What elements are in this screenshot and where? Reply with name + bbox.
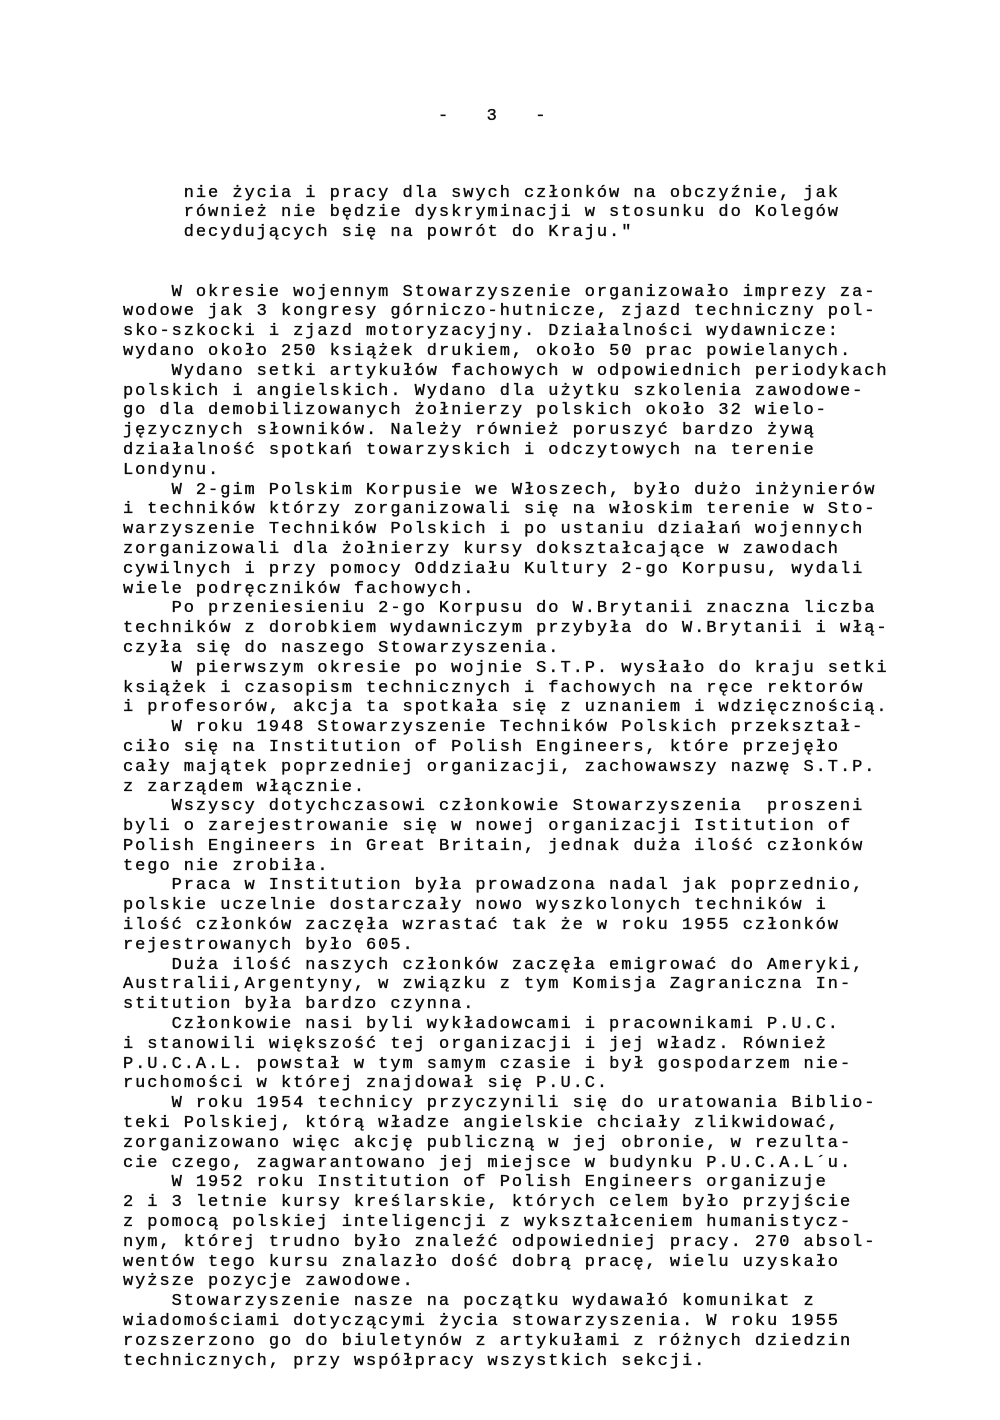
text-line: wydano około 250 książek drukiem, około … xyxy=(123,342,923,362)
text-line: Po przeniesieniu 2-go Korpusu do W.Bryta… xyxy=(123,599,923,619)
text-line: ilość członków zaczęła wzrastać tak że w… xyxy=(123,916,923,936)
quote-line: decydujących się na powrót do Kraju." xyxy=(123,223,923,243)
text-line: języcznych słowników. Należy również por… xyxy=(123,421,923,441)
text-line: cywilnych i przy pomocy Oddziału Kultury… xyxy=(123,560,923,580)
text-line: działalność spotkań towarzyskich i odczy… xyxy=(123,441,923,461)
text-line: W pierwszym okresie po wojnie S.T.P. wys… xyxy=(123,659,923,679)
text-line: 2 i 3 letnie kursy kreślarskie, których … xyxy=(123,1193,923,1213)
paragraphs: W okresie wojennym Stowarzyszenie organi… xyxy=(123,283,923,1372)
text-line: W okresie wojennym Stowarzyszenie organi… xyxy=(123,283,923,303)
text-line: rejestrowanych było 605. xyxy=(123,936,923,956)
text-line: wyższe pozycje zawodowe. xyxy=(123,1272,923,1292)
text-line: Praca w Institution była prowadzona nada… xyxy=(123,876,923,896)
text-line: nym, której trudno było znaleźć odpowied… xyxy=(123,1233,923,1253)
text-line: Duża ilość naszych członków zaczęła emig… xyxy=(123,956,923,976)
paragraph: Duża ilość naszych członków zaczęła emig… xyxy=(123,956,923,1015)
text-line: wodowe jak 3 kongresy górniczo-hutnicze,… xyxy=(123,302,923,322)
text-line: Członkowie nasi byli wykładowcami i prac… xyxy=(123,1015,923,1035)
text-line: technicznych, przy współpracy wszystkich… xyxy=(123,1352,923,1372)
text-line: P.U.C.A.L. powstał w tym samym czasie i … xyxy=(123,1055,923,1075)
text-line: Wszyscy dotychczasowi członkowie Stowarz… xyxy=(123,797,923,817)
text-line: wentów tego kursu znalazło dość dobrą pr… xyxy=(123,1253,923,1273)
text-line: z zarządem włącznie. xyxy=(123,778,923,798)
paragraph: Praca w Institution była prowadzona nada… xyxy=(123,876,923,955)
text-line: Wydano setki artykułów fachowych w odpow… xyxy=(123,362,923,382)
page-number: - 3 - xyxy=(438,107,547,127)
text-line: zorganizowano więc akcję publiczną w jej… xyxy=(123,1134,923,1154)
text-line: W roku 1948 Stowarzyszenie Techników Pol… xyxy=(123,718,923,738)
text-line: czyła się do naszego Stowarzyszenia. xyxy=(123,639,923,659)
text-line: byli o zarejestrowanie się w nowej organ… xyxy=(123,817,923,837)
paragraph: Po przeniesieniu 2-go Korpusu do W.Bryta… xyxy=(123,599,923,658)
paragraph: W 2-gim Polskim Korpusie we Włoszech, by… xyxy=(123,481,923,600)
text-line: W 2-gim Polskim Korpusie we Włoszech, by… xyxy=(123,481,923,501)
paragraph: Członkowie nasi byli wykładowcami i prac… xyxy=(123,1015,923,1094)
text-line: polskie uczelnie dostarczały nowo wyszko… xyxy=(123,896,923,916)
body-text: nie życia i pracy dla swych członków na … xyxy=(123,144,923,1411)
text-line: i techników którzy zorganizowali się na … xyxy=(123,500,923,520)
text-line: ciło się na Institution of Polish Engine… xyxy=(123,738,923,758)
text-line: teki Polskiej, którą władze angielskie c… xyxy=(123,1114,923,1134)
text-line: wiadomościami dotyczącymi życia stowarzy… xyxy=(123,1312,923,1332)
paragraph: W okresie wojennym Stowarzyszenie organi… xyxy=(123,283,923,362)
text-line: techników z dorobkiem wydawniczym przyby… xyxy=(123,619,923,639)
paragraph: Stowarzyszenie nasze na początku wydawał… xyxy=(123,1292,923,1371)
text-line: cie czego, zagwarantowano jej miejsce w … xyxy=(123,1154,923,1174)
paragraph: W pierwszym okresie po wojnie S.T.P. wys… xyxy=(123,659,923,718)
text-line: i stanowili większość tej organizacji i … xyxy=(123,1035,923,1055)
text-line: i profesorów, akcja ta spotkała się z uz… xyxy=(123,698,923,718)
paragraph: W roku 1948 Stowarzyszenie Techników Pol… xyxy=(123,718,923,797)
quote-line: nie życia i pracy dla swych członków na … xyxy=(123,184,923,204)
text-line: Londynu. xyxy=(123,461,923,481)
quote-continuation: nie życia i pracy dla swych członków na … xyxy=(123,184,923,243)
text-line: wiele podręczników fachowych. xyxy=(123,580,923,600)
text-line: stitution była bardzo czynna. xyxy=(123,995,923,1015)
text-line: z pomocą polskiej inteligencji z wykszta… xyxy=(123,1213,923,1233)
text-line: książek i czasopism technicznych i facho… xyxy=(123,679,923,699)
paragraph: Wydano setki artykułów fachowych w odpow… xyxy=(123,362,923,481)
text-line: zorganizowali dla żołnierzy kursy dokszt… xyxy=(123,540,923,560)
text-line: Australii,Argentyny, w związku z tym Kom… xyxy=(123,975,923,995)
text-line: Polish Engineers in Great Britain, jedna… xyxy=(123,837,923,857)
text-line: sko-szkocki i zjazd motoryzacyjny. Dział… xyxy=(123,322,923,342)
paragraph: W 1952 roku Institution of Polish Engine… xyxy=(123,1173,923,1292)
text-line: tego nie zrobiła. xyxy=(123,857,923,877)
text-line: rozszerzono go do biuletynów z artykułam… xyxy=(123,1332,923,1352)
text-line: polskich i angielskich. Wydano dla użytk… xyxy=(123,382,923,402)
text-line: W 1952 roku Institution of Polish Engine… xyxy=(123,1173,923,1193)
text-line: cały majątek poprzedniej organizacji, za… xyxy=(123,758,923,778)
text-line: Stowarzyszenie nasze na początku wydawał… xyxy=(123,1292,923,1312)
text-line: go dla demobilizowanych żołnierzy polski… xyxy=(123,401,923,421)
paragraph: W roku 1954 technicy przyczynili się do … xyxy=(123,1094,923,1173)
quote-line: również nie będzie dyskryminacji w stosu… xyxy=(123,203,923,223)
text-line: ruchomości w której znajdował się P.U.C. xyxy=(123,1074,923,1094)
text-line: warzyszenie Techników Polskich i po usta… xyxy=(123,520,923,540)
paragraph: Wszyscy dotychczasowi członkowie Stowarz… xyxy=(123,797,923,876)
text-line: W roku 1954 technicy przyczynili się do … xyxy=(123,1094,923,1114)
